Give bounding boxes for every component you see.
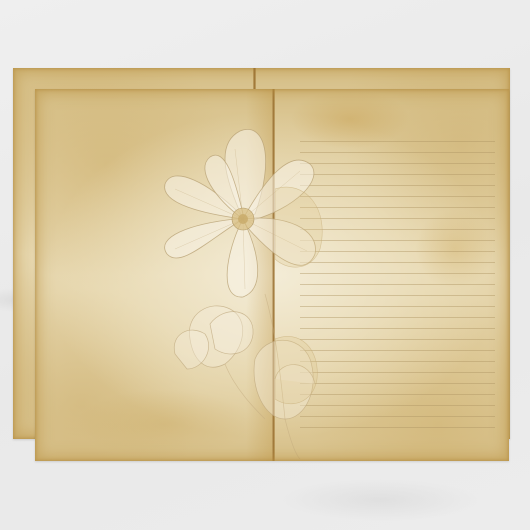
front-paper-sheet — [35, 89, 509, 461]
fold-shadow — [246, 89, 272, 461]
paper-stain — [75, 389, 255, 459]
ruled-lines — [300, 131, 495, 431]
front-sheet-fold-line — [272, 89, 275, 461]
back-sheet-fold-line — [253, 68, 256, 90]
